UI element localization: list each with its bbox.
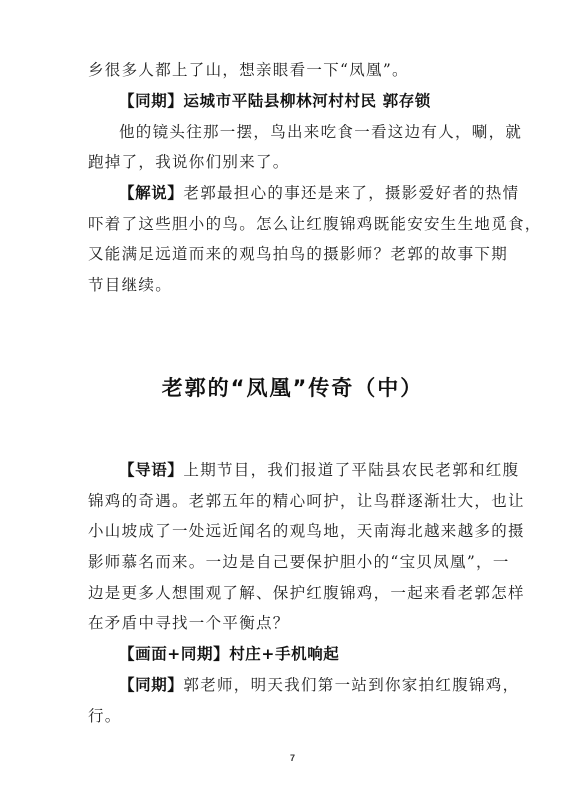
- sync-text: 郭老师，明天我们第一站到你家拍红腹锦鸡，: [183, 676, 519, 694]
- intro-line: 在矛盾中寻找一个平衡点？: [88, 613, 503, 633]
- page-number: 7: [0, 753, 585, 763]
- intro-line: 小山坡成了一处远近闻名的观鸟地，天南海北越来越多的摄: [88, 521, 503, 541]
- intro-line: 影师慕名而来。一边是自己要保护胆小的“宝贝凤凰”，一: [88, 552, 503, 572]
- narration-tag: 【解说】: [119, 184, 183, 202]
- sync-tag: 【同期】: [119, 676, 183, 694]
- narration-line: 吓着了这些胆小的鸟。怎么让红腹锦鸡既能安安生生地觅食，: [88, 214, 503, 234]
- intro-tag: 【导语】: [119, 461, 183, 479]
- scene-text: 村庄+手机响起: [229, 645, 339, 663]
- scene-heading: 【画面+同期】村庄+手机响起: [119, 644, 534, 664]
- sync-speaker: 运城市平陆县柳林河村村民 郭存锁: [183, 92, 431, 110]
- sync-line: 行。: [88, 706, 503, 726]
- intro-text: 上期节目，我们报道了平陆县农民老郭和红腹: [183, 461, 519, 479]
- sync-line: 【同期】郭老师，明天我们第一站到你家拍红腹锦鸡，: [119, 675, 534, 695]
- paragraph-line: 乡很多人都上了山，想亲眼看一下“凤凰”。: [88, 60, 503, 80]
- sync-heading: 【同期】运城市平陆县柳林河村村民 郭存锁: [119, 91, 534, 111]
- narration-text: 老郭最担心的事还是来了，摄影爱好者的热情: [183, 184, 519, 202]
- intro-line: 边是更多人想围观了解、保护红腹锦鸡，一起来看老郭怎样: [88, 583, 503, 603]
- narration-line: 【解说】老郭最担心的事还是来了，摄影爱好者的热情: [119, 183, 534, 203]
- quote-line: 跑掉了，我说你们别来了。: [88, 152, 503, 172]
- intro-line: 锦鸡的奇遇。老郭五年的精心呵护，让鸟群逐渐壮大，也让: [88, 491, 503, 511]
- intro-line: 【导语】上期节目，我们报道了平陆县农民老郭和红腹: [119, 460, 534, 480]
- scene-tag: 【画面+同期】: [119, 645, 229, 663]
- sync-tag: 【同期】: [119, 92, 183, 110]
- quote-line: 他的镜头往那一摆，鸟出来吃食一看这边有人，唰，就: [119, 122, 534, 142]
- section-title: 老郭的“凤凰”传奇（中）: [0, 372, 585, 402]
- narration-line: 节目继续。: [88, 275, 503, 295]
- narration-line: 又能满足远道而来的观鸟拍鸟的摄影师？老郭的故事下期: [88, 244, 503, 264]
